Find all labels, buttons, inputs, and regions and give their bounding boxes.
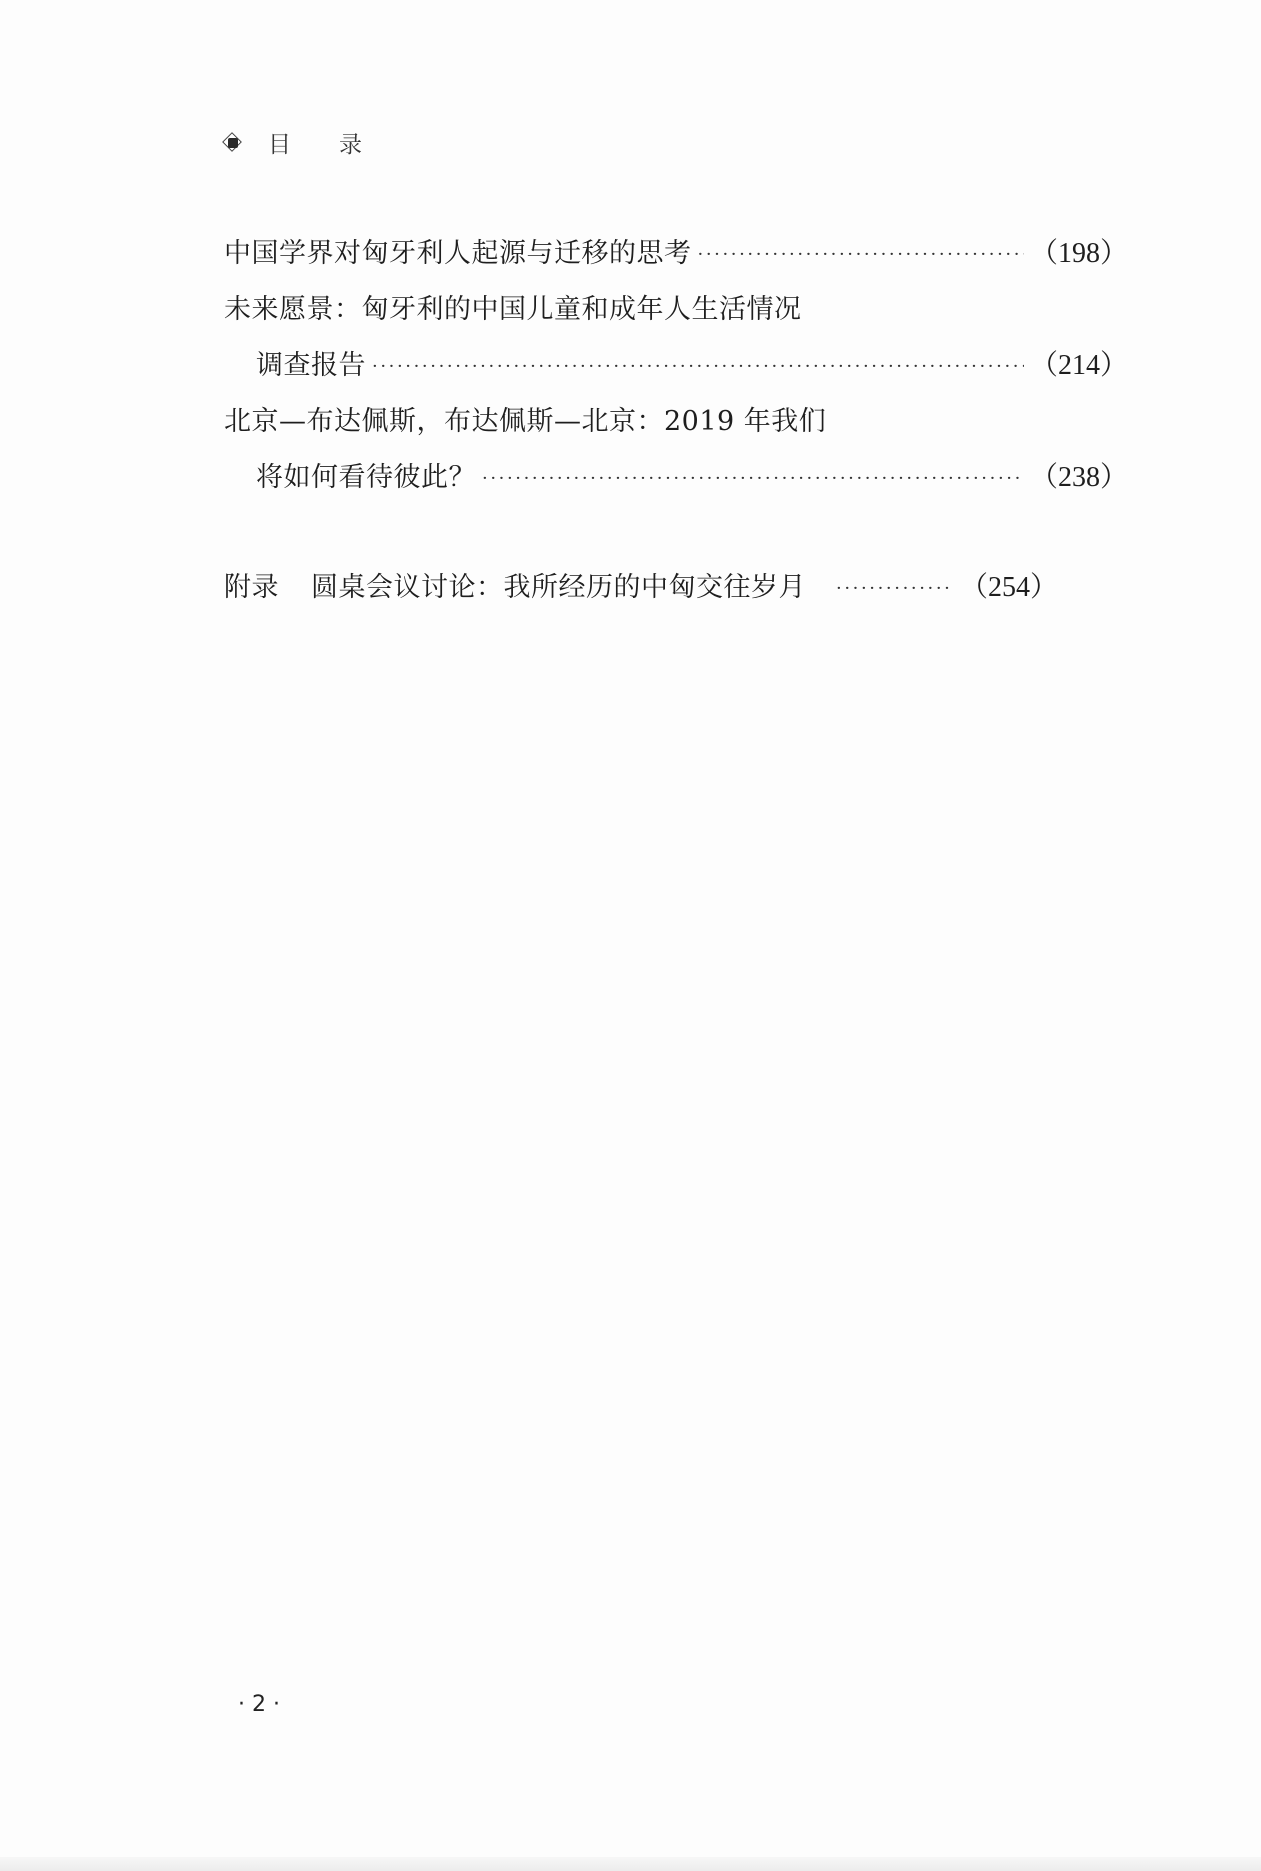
toc-entry[interactable]: 北京—布达佩斯，布达佩斯—北京：2019 年我们 将如何看待彼此？ （238） [224, 394, 1128, 506]
running-head-char-2: 录 [339, 126, 362, 159]
page-bottom-edge [0, 1857, 1261, 1871]
toc-appendix-entry[interactable]: 附录 圆桌会议讨论：我所经历的中匈交往岁月 （254） [224, 560, 1128, 616]
table-of-contents: 中国学界对匈牙利人起源与迁移的思考 （198） 未来愿景：匈牙利的中国儿童和成年… [224, 226, 1128, 616]
toc-entry-title: 北京—布达佩斯，布达佩斯—北京：2019 年我们 [224, 394, 826, 450]
toc-page-number: （254） [960, 560, 1058, 616]
running-head-char-1: 目 [268, 126, 291, 159]
toc-entry-title-continued: 调查报告 [256, 338, 366, 394]
toc-page-number: （198） [1030, 226, 1128, 282]
running-head: 目 录 [224, 126, 362, 159]
appendix-title: 圆桌会议讨论：我所经历的中匈交往岁月 [311, 560, 806, 616]
page-folio: · 2 · [238, 1692, 280, 1717]
appendix-label: 附录 [224, 560, 279, 616]
toc-entry[interactable]: 未来愿景：匈牙利的中国儿童和成年人生活情况 调查报告 （214） [224, 282, 1128, 394]
dot-leader [698, 227, 1024, 283]
diamond-bullet-icon [224, 134, 242, 152]
toc-entry-title-continued: 将如何看待彼此？ [256, 450, 476, 506]
toc-page-number: （238） [1030, 450, 1128, 506]
dot-leader [372, 339, 1024, 395]
dot-leader [482, 451, 1024, 507]
toc-page-number: （214） [1030, 338, 1128, 394]
toc-entry[interactable]: 中国学界对匈牙利人起源与迁移的思考 （198） [224, 226, 1128, 282]
toc-entry-title: 未来愿景：匈牙利的中国儿童和成年人生活情况 [224, 282, 802, 338]
toc-entry-title: 中国学界对匈牙利人起源与迁移的思考 [224, 226, 692, 282]
dot-leader [836, 561, 954, 617]
